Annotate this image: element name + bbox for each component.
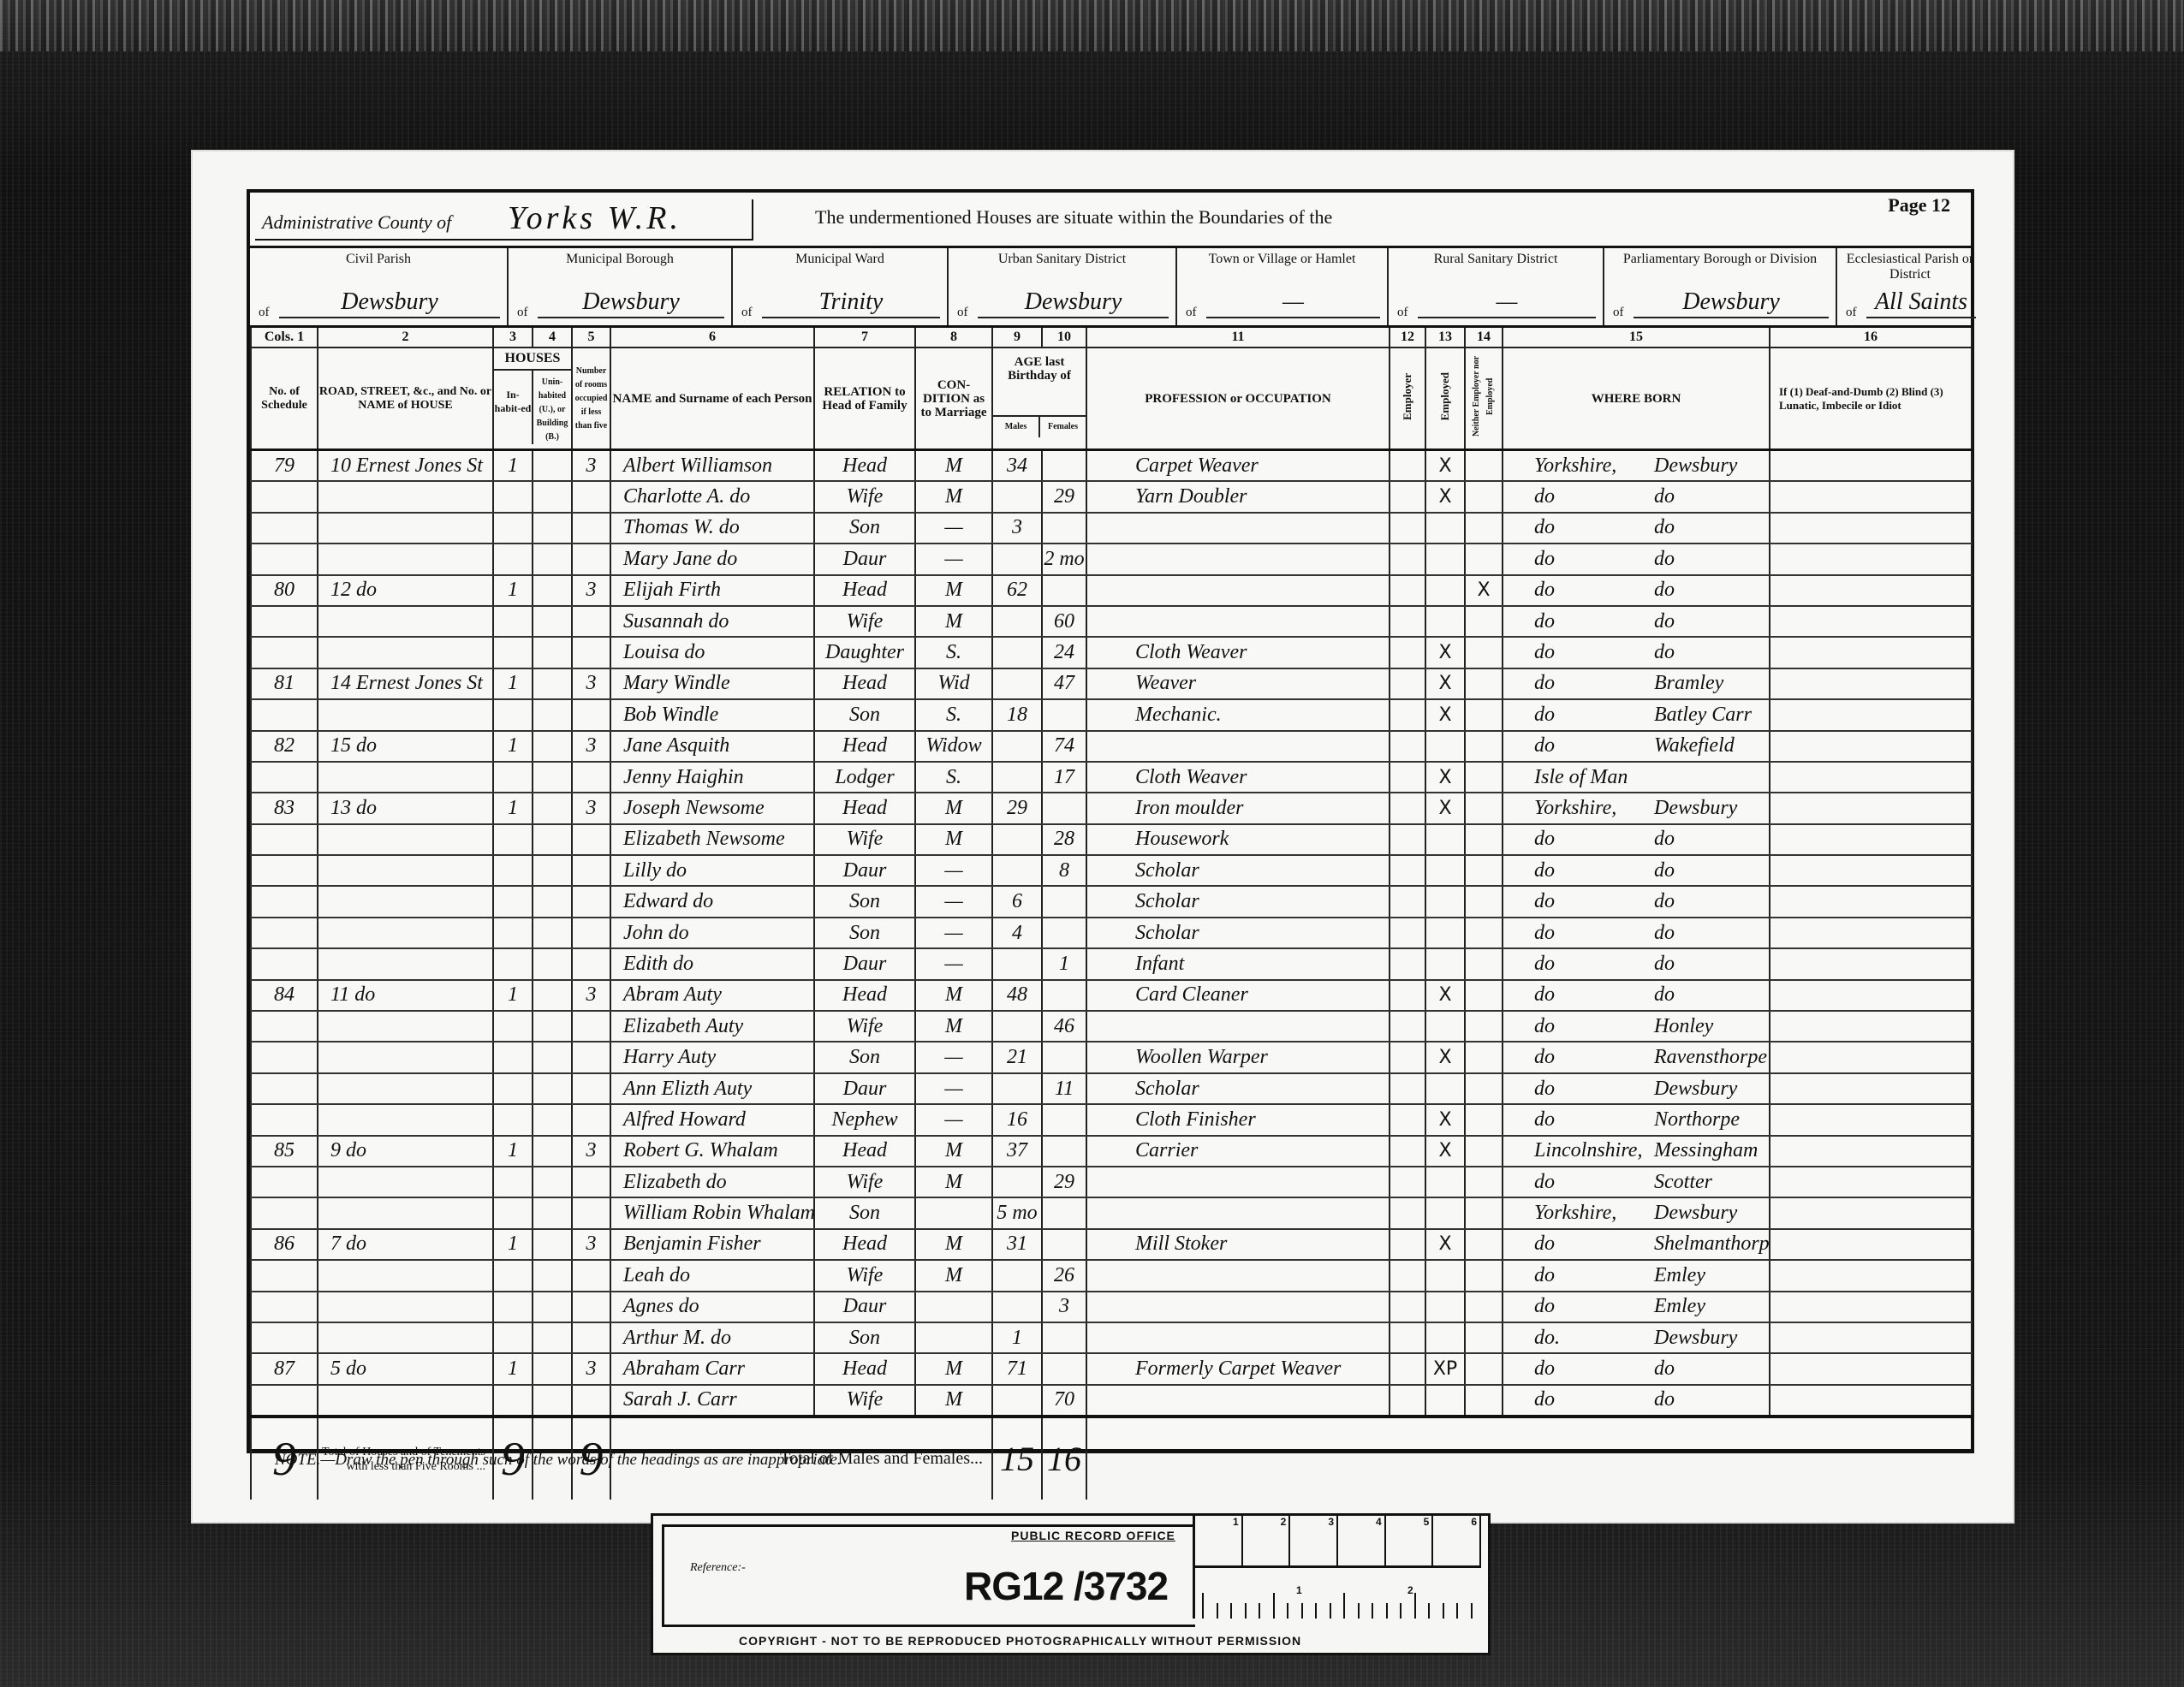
address bbox=[318, 513, 493, 544]
address bbox=[318, 1292, 493, 1322]
table-row: 8313 do13Joseph NewsomeHeadM29Iron mould… bbox=[251, 793, 1972, 823]
reference-slip: PUBLIC RECORD OFFICE Reference:- RG12 /3… bbox=[651, 1513, 1491, 1655]
schedule-number bbox=[251, 481, 318, 512]
infirmity bbox=[1770, 1260, 1972, 1291]
relation: Head bbox=[814, 793, 915, 823]
address: 7 do bbox=[318, 1229, 493, 1260]
table-row: 7910 Ernest Jones St13Albert WilliamsonH… bbox=[251, 450, 1972, 482]
relation: Son bbox=[814, 886, 915, 917]
where-born: doBramley bbox=[1503, 668, 1770, 699]
ruler-tick bbox=[1372, 1603, 1373, 1619]
boundaries-intro: The undermentioned Houses are situate wi… bbox=[815, 206, 1332, 229]
employed-mark: X bbox=[1425, 1104, 1465, 1135]
schedule-number bbox=[251, 918, 318, 948]
neither-mark bbox=[1465, 1385, 1503, 1417]
col-infirmity: If (1) Deaf-and-Dumb (2) Blind (3) Lunat… bbox=[1770, 347, 1972, 450]
neither-mark bbox=[1465, 1136, 1503, 1167]
employer-mark bbox=[1390, 1229, 1425, 1260]
employer-mark bbox=[1390, 1292, 1425, 1322]
person-name: Mary Windle bbox=[610, 668, 814, 699]
born-county: do bbox=[1534, 1015, 1654, 1038]
born-county: Yorkshire, bbox=[1534, 1202, 1654, 1225]
form-header: Administrative County of Yorks W.R. The … bbox=[250, 193, 1971, 246]
schedule-number bbox=[251, 544, 318, 574]
table-row: 8012 do13Elijah FirthHeadM62Xdodo bbox=[251, 575, 1972, 606]
condition: M bbox=[915, 824, 992, 855]
column-number: 10 bbox=[1042, 327, 1086, 348]
born-place: Bramley bbox=[1654, 672, 1723, 694]
address bbox=[318, 699, 493, 730]
address: 10 Ernest Jones St bbox=[318, 450, 493, 482]
schedule-number bbox=[251, 1260, 318, 1291]
occupation: Mill Stoker bbox=[1086, 1229, 1390, 1260]
x-mark: XP bbox=[1433, 1358, 1457, 1380]
neither-mark bbox=[1465, 855, 1503, 886]
born-place: Honley bbox=[1654, 1015, 1713, 1037]
inhabited: 1 bbox=[493, 450, 533, 482]
reference-label: Reference:- bbox=[690, 1561, 746, 1575]
x-mark: X bbox=[1438, 673, 1451, 694]
where-born: Isle of Man bbox=[1503, 762, 1770, 793]
condition: — bbox=[915, 513, 992, 544]
where-born: dodo bbox=[1503, 1353, 1770, 1384]
male-age bbox=[992, 1385, 1042, 1417]
born-place: Scotter bbox=[1654, 1171, 1712, 1193]
census-table: Cols. 12345678910111213141516 No. of Sch… bbox=[250, 325, 1973, 1500]
occupation: Housework bbox=[1086, 824, 1390, 855]
address bbox=[318, 948, 493, 979]
born-place: do bbox=[1654, 828, 1675, 850]
born-place: do bbox=[1654, 890, 1675, 912]
employed-mark: X bbox=[1425, 1136, 1465, 1167]
rooms: 3 bbox=[572, 450, 610, 482]
infirmity bbox=[1770, 1385, 1972, 1417]
rooms bbox=[572, 513, 610, 544]
uninhabited bbox=[533, 1229, 572, 1260]
relation: Wife bbox=[814, 1011, 915, 1042]
district-value: Dewsbury bbox=[538, 288, 724, 318]
condition: M bbox=[915, 793, 992, 823]
neither-mark bbox=[1465, 1073, 1503, 1104]
of-label: of bbox=[1613, 306, 1624, 320]
employer-mark bbox=[1390, 824, 1425, 855]
occupation: Woollen Warper bbox=[1086, 1042, 1390, 1072]
col-where-born: WHERE BORN bbox=[1503, 347, 1770, 450]
relation: Head bbox=[814, 980, 915, 1011]
employed-mark: X bbox=[1425, 699, 1465, 730]
district-value: — bbox=[1418, 288, 1596, 318]
address: 14 Ernest Jones St bbox=[318, 668, 493, 699]
employed-mark bbox=[1425, 1322, 1465, 1353]
born-county: do bbox=[1534, 1233, 1654, 1256]
person-name: Abraham Carr bbox=[610, 1353, 814, 1384]
ruler-mark: 3 bbox=[1290, 1516, 1338, 1565]
relation: Head bbox=[814, 1353, 915, 1384]
female-age: 8 bbox=[1042, 855, 1086, 886]
employed-mark: X bbox=[1425, 1042, 1465, 1072]
employed-mark bbox=[1425, 855, 1465, 886]
neither-mark bbox=[1465, 1197, 1503, 1228]
female-age bbox=[1042, 793, 1086, 823]
infirmity bbox=[1770, 918, 1972, 948]
person-name: Edith do bbox=[610, 948, 814, 979]
column-number: 6 bbox=[610, 327, 814, 348]
born-place: do bbox=[1654, 1388, 1675, 1411]
rooms bbox=[572, 886, 610, 917]
houses-heading: HOUSES bbox=[494, 348, 571, 371]
neither-mark bbox=[1465, 918, 1503, 948]
employer-mark bbox=[1390, 637, 1425, 668]
employer-mark bbox=[1390, 1011, 1425, 1042]
born-county: do bbox=[1534, 1357, 1654, 1381]
employer-mark bbox=[1390, 1197, 1425, 1228]
infirmity bbox=[1770, 1292, 1972, 1322]
female-age bbox=[1042, 450, 1086, 482]
district-label: Municipal Ward bbox=[733, 252, 947, 267]
employed-mark bbox=[1425, 731, 1465, 762]
female-age: 28 bbox=[1042, 824, 1086, 855]
occupation bbox=[1086, 1385, 1390, 1417]
schedule-number: 86 bbox=[251, 1229, 318, 1260]
female-age bbox=[1042, 575, 1086, 606]
table-row: Alfred HowardNephew—16Cloth FinisherXdoN… bbox=[251, 1104, 1972, 1135]
male-age bbox=[992, 1260, 1042, 1291]
employer-mark bbox=[1390, 731, 1425, 762]
x-mark: X bbox=[1438, 1233, 1451, 1255]
born-place: Batley Carr bbox=[1654, 704, 1752, 726]
uninhabited bbox=[533, 918, 572, 948]
rooms bbox=[572, 637, 610, 668]
ruler-tick bbox=[1471, 1603, 1473, 1619]
uninhabited bbox=[533, 575, 572, 606]
born-county: do bbox=[1534, 1264, 1654, 1287]
employed-mark: XP bbox=[1425, 1353, 1465, 1384]
uninhabited bbox=[533, 1322, 572, 1353]
rooms bbox=[572, 1197, 610, 1228]
born-county: do bbox=[1534, 704, 1654, 727]
infirmity bbox=[1770, 824, 1972, 855]
inhabited: 1 bbox=[493, 1229, 533, 1260]
neither-mark bbox=[1465, 793, 1503, 823]
inhabited bbox=[493, 1167, 533, 1197]
born-place: Dewsbury bbox=[1654, 1327, 1737, 1349]
address bbox=[318, 824, 493, 855]
x-mark: X bbox=[1438, 1140, 1451, 1161]
column-number: 3 bbox=[493, 327, 533, 348]
condition: — bbox=[915, 1073, 992, 1104]
born-place: Dewsbury bbox=[1654, 1202, 1737, 1224]
born-county: do bbox=[1534, 579, 1654, 602]
rooms: 3 bbox=[572, 793, 610, 823]
male-age: 5 mo bbox=[992, 1197, 1042, 1228]
address: 15 do bbox=[318, 731, 493, 762]
neither-mark bbox=[1465, 1260, 1503, 1291]
person-name: Jane Asquith bbox=[610, 731, 814, 762]
female-age bbox=[1042, 980, 1086, 1011]
employer-mark bbox=[1390, 450, 1425, 482]
x-mark: X bbox=[1438, 798, 1451, 819]
table-row: Arthur M. doSon1do.Dewsbury bbox=[251, 1322, 1972, 1353]
relation: Wife bbox=[814, 481, 915, 512]
female-age: 60 bbox=[1042, 606, 1086, 637]
born-county: do bbox=[1534, 1295, 1654, 1318]
rooms: 3 bbox=[572, 575, 610, 606]
uninhabited bbox=[533, 1073, 572, 1104]
uninhabited bbox=[533, 980, 572, 1011]
district-label: Town or Village or Hamlet bbox=[1177, 252, 1387, 267]
reference-box: PUBLIC RECORD OFFICE Reference:- RG12 /3… bbox=[662, 1524, 1195, 1627]
ruler-tick bbox=[1428, 1603, 1430, 1619]
district-1: Municipal BoroughofDewsbury bbox=[509, 248, 733, 325]
address bbox=[318, 1322, 493, 1353]
employer-mark bbox=[1390, 948, 1425, 979]
born-place: do bbox=[1654, 1357, 1675, 1380]
where-born: doScotter bbox=[1503, 1167, 1770, 1197]
female-age bbox=[1042, 1229, 1086, 1260]
uninhabited bbox=[533, 1292, 572, 1322]
neither-mark bbox=[1465, 699, 1503, 730]
employed-mark bbox=[1425, 1073, 1465, 1104]
occupation bbox=[1086, 1292, 1390, 1322]
condition: M bbox=[915, 606, 992, 637]
condition: Wid bbox=[915, 668, 992, 699]
inhabited: 1 bbox=[493, 668, 533, 699]
born-county: do bbox=[1534, 983, 1654, 1007]
inhabited bbox=[493, 762, 533, 793]
employed-mark: X bbox=[1425, 980, 1465, 1011]
male-age bbox=[992, 637, 1042, 668]
table-row: Elizabeth doWifeM29doScotter bbox=[251, 1167, 1972, 1197]
table-row: Lilly doDaur—8Scholardodo bbox=[251, 855, 1972, 886]
inhabited bbox=[493, 1260, 533, 1291]
district-label: Ecclesiastical Parish or District bbox=[1837, 252, 1983, 282]
total-males: 15 bbox=[992, 1417, 1042, 1500]
table-row: William Robin WhalamSon5 moYorkshire,Dew… bbox=[251, 1197, 1972, 1228]
condition: — bbox=[915, 544, 992, 574]
employed-mark: X bbox=[1425, 637, 1465, 668]
uninhabited bbox=[533, 948, 572, 979]
ruler-tick bbox=[1400, 1603, 1401, 1619]
where-born: doEmley bbox=[1503, 1260, 1770, 1291]
condition: S. bbox=[915, 637, 992, 668]
where-born: doRavensthorpe bbox=[1503, 1042, 1770, 1072]
employer-mark bbox=[1390, 980, 1425, 1011]
born-place: do bbox=[1654, 610, 1675, 633]
where-born: dodo bbox=[1503, 575, 1770, 606]
ruler-tick bbox=[1443, 1603, 1444, 1619]
col-employer: Employer bbox=[1390, 347, 1425, 450]
occupation: Weaver bbox=[1086, 668, 1390, 699]
rooms bbox=[572, 1104, 610, 1135]
x-mark: X bbox=[1438, 767, 1451, 788]
infirmity bbox=[1770, 1104, 1972, 1135]
condition: M bbox=[915, 1167, 992, 1197]
female-age: 29 bbox=[1042, 481, 1086, 512]
schedule-number: 84 bbox=[251, 980, 318, 1011]
uninhabited bbox=[533, 793, 572, 823]
condition: M bbox=[915, 450, 992, 482]
female-age bbox=[1042, 918, 1086, 948]
col-rooms: Number of rooms occupied if less than fi… bbox=[572, 347, 610, 450]
condition: — bbox=[915, 855, 992, 886]
person-name: Charlotte A. do bbox=[610, 481, 814, 512]
district-7: Ecclesiastical Parish or DistrictofAll S… bbox=[1837, 248, 1983, 325]
reference-code: RG12 /3732 bbox=[964, 1563, 1168, 1609]
born-county: do bbox=[1534, 890, 1654, 913]
table-row: Elizabeth AutyWifeM46doHonley bbox=[251, 1011, 1972, 1042]
where-born: Lincolnshire,Messingham bbox=[1503, 1136, 1770, 1167]
uninhabited bbox=[533, 1167, 572, 1197]
female-age: 26 bbox=[1042, 1260, 1086, 1291]
female-age: 47 bbox=[1042, 668, 1086, 699]
schedule-number: 79 bbox=[251, 450, 318, 482]
address: 12 do bbox=[318, 575, 493, 606]
condition: — bbox=[915, 1042, 992, 1072]
person-name: Elizabeth Auty bbox=[610, 1011, 814, 1042]
male-age: 3 bbox=[992, 513, 1042, 544]
born-county: do bbox=[1534, 953, 1654, 976]
born-place: Shelmanthorpe bbox=[1654, 1233, 1770, 1255]
neither-mark bbox=[1465, 980, 1503, 1011]
ruler-tick bbox=[1230, 1603, 1232, 1619]
condition: S. bbox=[915, 699, 992, 730]
district-2: Municipal WardofTrinity bbox=[733, 248, 949, 325]
schedule-number bbox=[251, 637, 318, 668]
schedule-number bbox=[251, 1011, 318, 1042]
rooms bbox=[572, 824, 610, 855]
table-row: Harry AutySon—21Woollen WarperXdoRavenst… bbox=[251, 1042, 1972, 1072]
x-mark: X bbox=[1438, 486, 1451, 508]
relation: Son bbox=[814, 699, 915, 730]
uninhabited bbox=[533, 1011, 572, 1042]
address bbox=[318, 1197, 493, 1228]
infirmity bbox=[1770, 731, 1972, 762]
employed-mark bbox=[1425, 1385, 1465, 1417]
table-row: Sarah J. CarrWifeM70dodo bbox=[251, 1385, 1972, 1417]
relation: Son bbox=[814, 1042, 915, 1072]
male-age bbox=[992, 1011, 1042, 1042]
relation: Wife bbox=[814, 1167, 915, 1197]
male-age: 4 bbox=[992, 918, 1042, 948]
relation: Son bbox=[814, 1322, 915, 1353]
infirmity bbox=[1770, 513, 1972, 544]
relation: Daur bbox=[814, 855, 915, 886]
schedule-number bbox=[251, 1322, 318, 1353]
address bbox=[318, 1073, 493, 1104]
infirmity bbox=[1770, 544, 1972, 574]
condition: M bbox=[915, 481, 992, 512]
total-females: 16 bbox=[1042, 1417, 1086, 1500]
schedule-number bbox=[251, 1292, 318, 1322]
infirmity bbox=[1770, 1229, 1972, 1260]
x-mark: X bbox=[1438, 455, 1451, 477]
born-place: Dewsbury bbox=[1654, 1078, 1737, 1100]
male-age: 21 bbox=[992, 1042, 1042, 1072]
district-value: Dewsbury bbox=[1634, 288, 1829, 318]
uninhabited bbox=[533, 481, 572, 512]
address: 13 do bbox=[318, 793, 493, 823]
employed-mark bbox=[1425, 886, 1465, 917]
born-county: do bbox=[1534, 1108, 1654, 1132]
employer-mark bbox=[1390, 1353, 1425, 1384]
occupation bbox=[1086, 1167, 1390, 1197]
address bbox=[318, 606, 493, 637]
born-place: do bbox=[1654, 548, 1675, 570]
male-age bbox=[992, 481, 1042, 512]
schedule-number bbox=[251, 1385, 318, 1417]
infirmity bbox=[1770, 980, 1972, 1011]
schedule-number: 85 bbox=[251, 1136, 318, 1167]
male-age bbox=[992, 731, 1042, 762]
neither-mark: X bbox=[1465, 575, 1503, 606]
infirmity bbox=[1770, 1136, 1972, 1167]
born-county: do bbox=[1534, 859, 1654, 882]
infirmity bbox=[1770, 1042, 1972, 1072]
address bbox=[318, 481, 493, 512]
occupation: Card Cleaner bbox=[1086, 980, 1390, 1011]
scale-ruler: 123456 12 bbox=[1193, 1516, 1481, 1619]
district-0: Civil ParishofDewsbury bbox=[250, 248, 509, 325]
relation: Wife bbox=[814, 1385, 915, 1417]
born-county: do bbox=[1534, 672, 1654, 695]
neither-mark bbox=[1465, 1229, 1503, 1260]
ruler-inch-number: 1 bbox=[1296, 1584, 1302, 1596]
employed-mark: X bbox=[1425, 668, 1465, 699]
condition: S. bbox=[915, 762, 992, 793]
infirmity bbox=[1770, 948, 1972, 979]
district-label: Parliamentary Borough or Division bbox=[1604, 252, 1836, 267]
person-name: Edward do bbox=[610, 886, 814, 917]
male-age bbox=[992, 544, 1042, 574]
district-boundaries: Civil ParishofDewsburyMunicipal Borougho… bbox=[250, 246, 1971, 325]
column-number: 15 bbox=[1503, 327, 1770, 348]
neither-mark bbox=[1465, 1042, 1503, 1072]
occupation: Cloth Weaver bbox=[1086, 637, 1390, 668]
infirmity bbox=[1770, 606, 1972, 637]
infirmity bbox=[1770, 668, 1972, 699]
male-age: 1 bbox=[992, 1322, 1042, 1353]
rooms bbox=[572, 699, 610, 730]
rooms bbox=[572, 1322, 610, 1353]
where-born: dodo bbox=[1503, 1385, 1770, 1417]
address bbox=[318, 762, 493, 793]
person-name: Elizabeth Newsome bbox=[610, 824, 814, 855]
occupation: Infant bbox=[1086, 948, 1390, 979]
where-born: doEmley bbox=[1503, 1292, 1770, 1322]
of-label: of bbox=[517, 306, 528, 320]
col-males: Males bbox=[993, 417, 1038, 437]
employer-mark bbox=[1390, 1167, 1425, 1197]
where-born: do.Dewsbury bbox=[1503, 1322, 1770, 1353]
person-name: Abram Auty bbox=[610, 980, 814, 1011]
occupation: Scholar bbox=[1086, 1073, 1390, 1104]
table-row: Susannah doWifeM60dodo bbox=[251, 606, 1972, 637]
condition bbox=[915, 1292, 992, 1322]
rooms bbox=[572, 1042, 610, 1072]
employer-mark bbox=[1390, 1385, 1425, 1417]
infirmity bbox=[1770, 855, 1972, 886]
occupation: Mechanic. bbox=[1086, 699, 1390, 730]
inhabited bbox=[493, 513, 533, 544]
employed-label: Employed bbox=[1438, 372, 1452, 420]
ruler-cm: 123456 bbox=[1195, 1516, 1481, 1568]
col-females: Females bbox=[1038, 417, 1086, 437]
relation: Wife bbox=[814, 824, 915, 855]
neither-mark bbox=[1465, 886, 1503, 917]
female-age: 11 bbox=[1042, 1073, 1086, 1104]
column-number: 9 bbox=[992, 327, 1042, 348]
x-mark: X bbox=[1438, 984, 1451, 1006]
